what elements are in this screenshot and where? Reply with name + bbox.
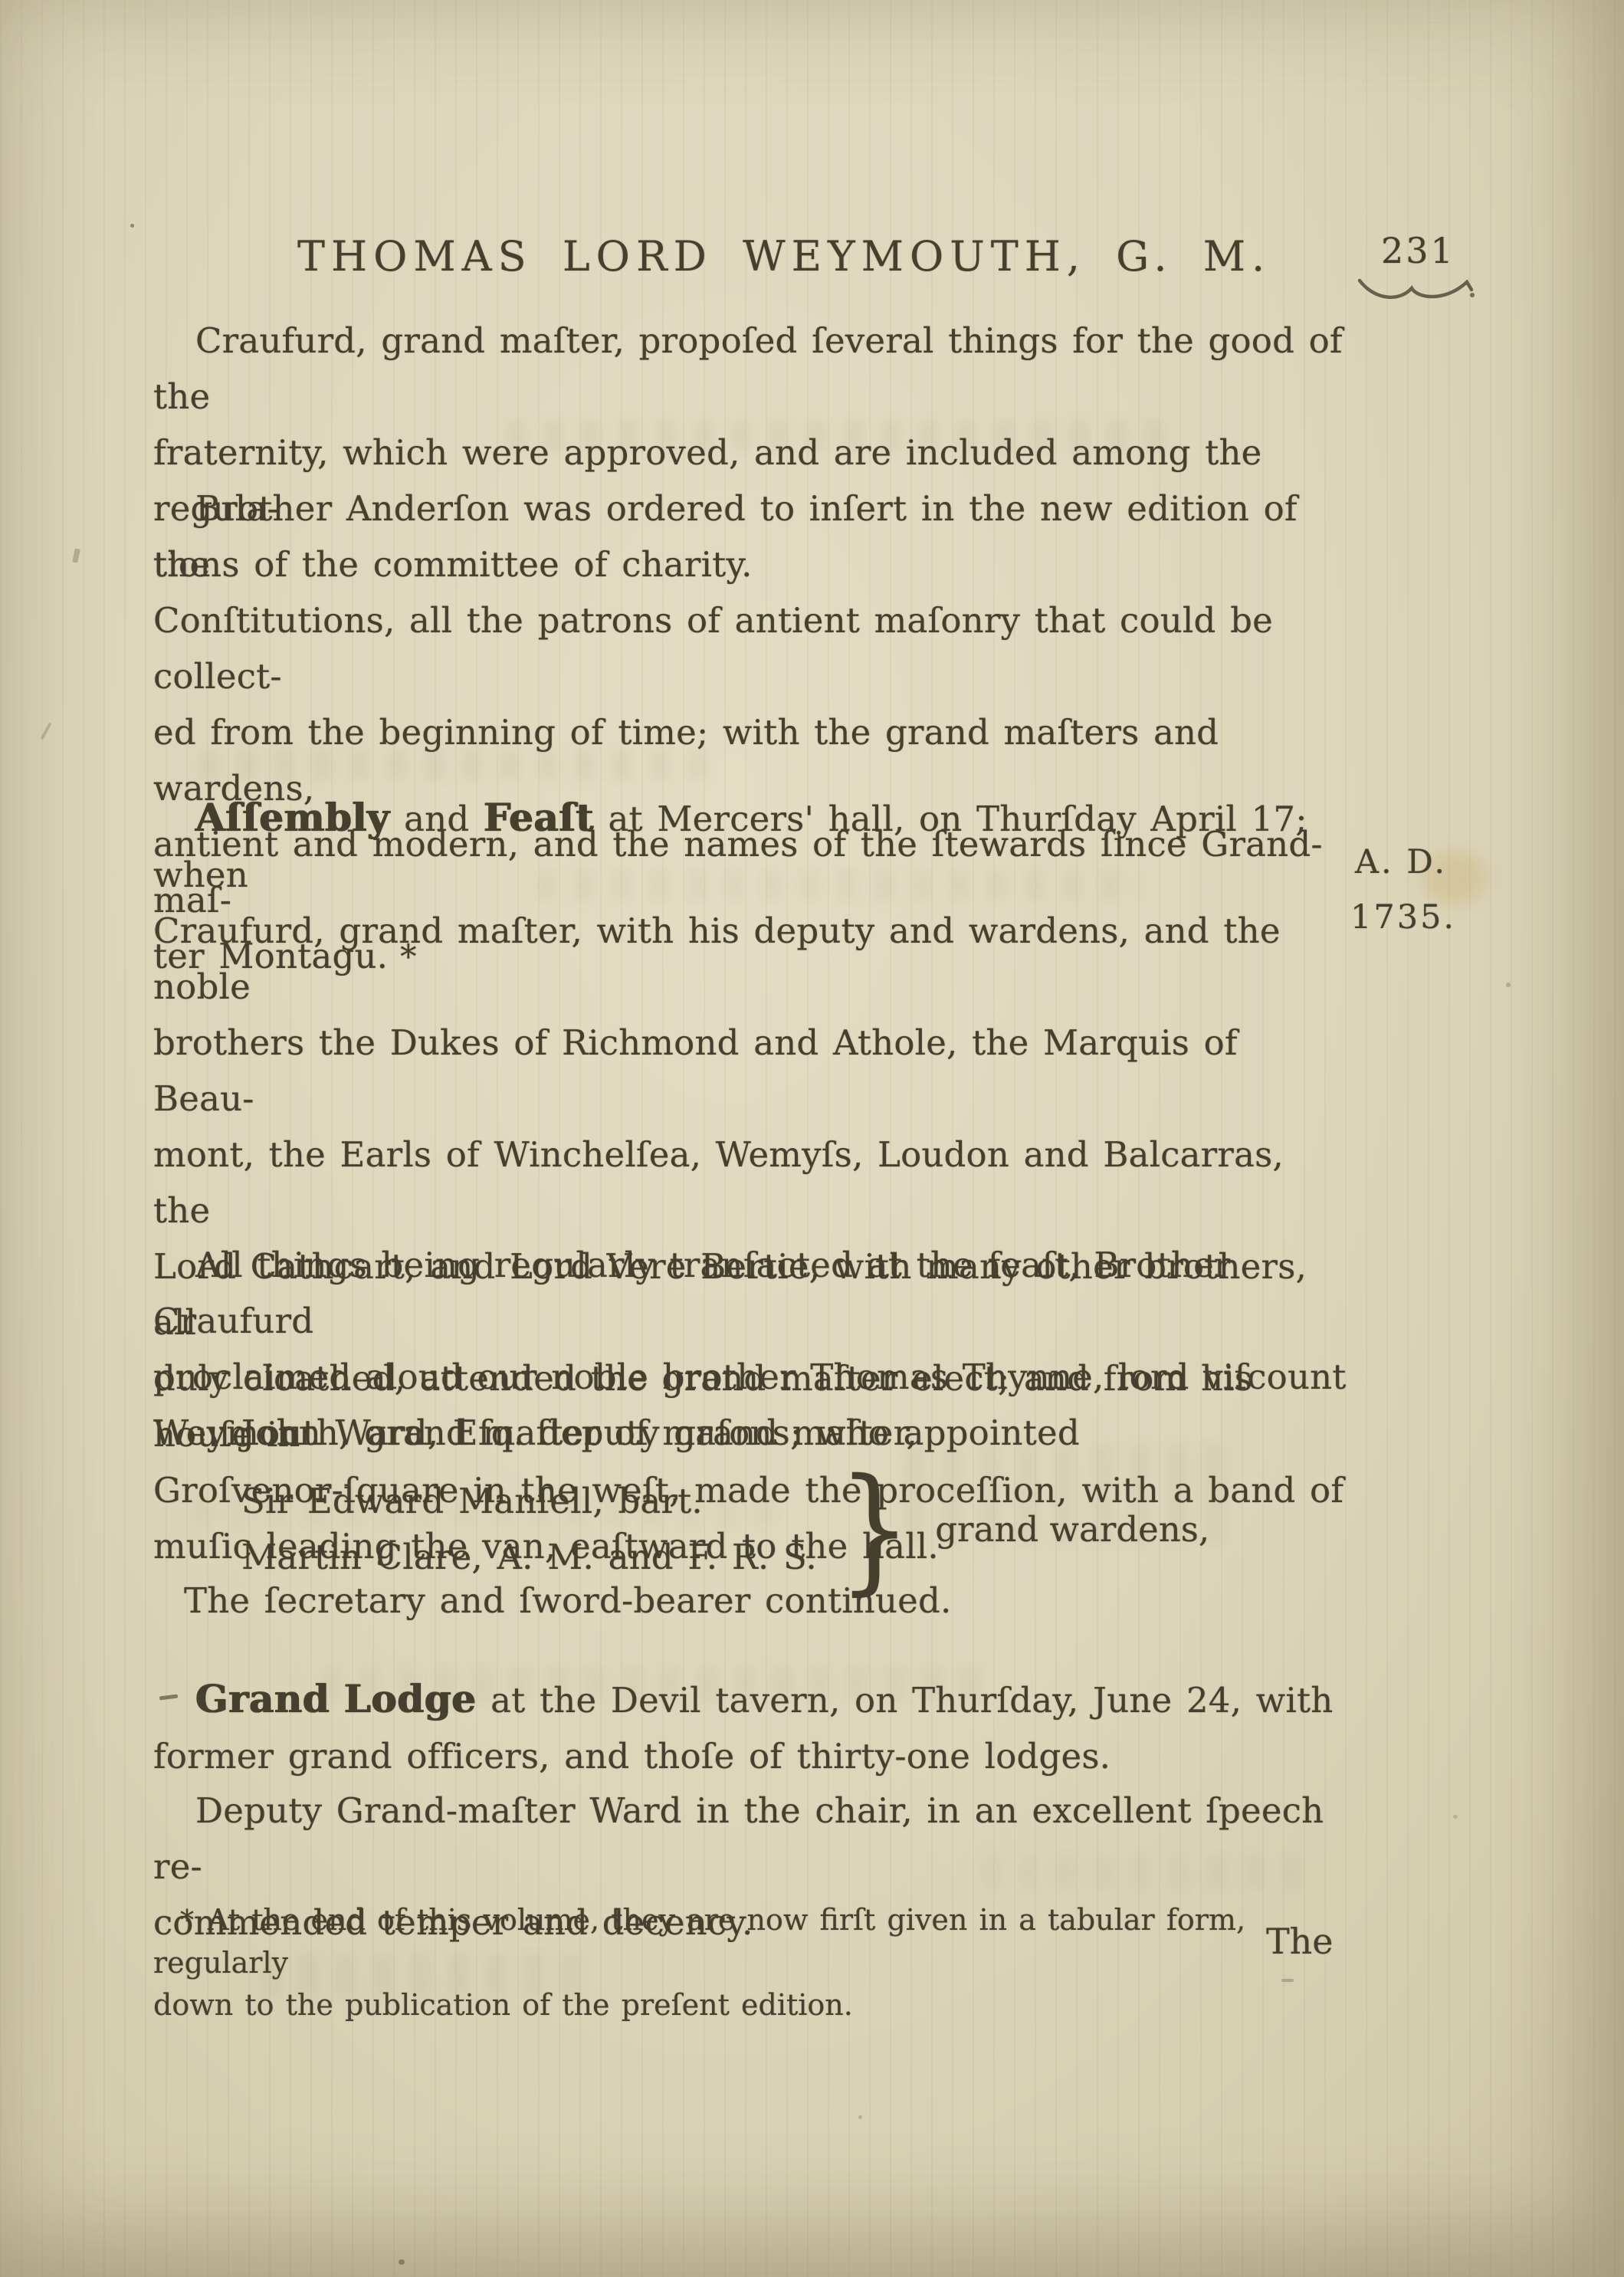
footnote: *At the end of this volume, they are now… [153, 1899, 1353, 2026]
paper-speck [1506, 983, 1511, 987]
section-grand-lodge: Grand Lodge at the Devil tavern, on Thur… [153, 1671, 1353, 1784]
warden-names: Sir Edward Manſell, bart. Martin Clare, … [241, 1473, 838, 1585]
heading-conjunction: and [404, 799, 469, 839]
section-line2: former grand officers, and thoſe of thir… [153, 1728, 1353, 1784]
blackletter-word-grand: Grand [195, 1676, 330, 1721]
page-number-flourish [1355, 270, 1478, 310]
catchword: The [1266, 1921, 1334, 1962]
paper-speck [130, 224, 134, 228]
stray-mark [72, 548, 80, 563]
paragraph-secretary-continued: The ſecretary and ſword-bearer continued… [153, 1573, 1353, 1629]
wardens-label: grand wardens, [935, 1509, 1209, 1550]
margin-note-era: A. D. [1355, 843, 1447, 881]
paper-speck [399, 2259, 405, 2265]
stray-mark [41, 722, 52, 740]
paper-speck [858, 2115, 862, 2119]
section-heading-line: Aſſembly and Feaſt at Mercers' hall, on … [153, 789, 1353, 903]
page-number: 231 [1381, 230, 1455, 271]
section-heading-line: Grand Lodge at the Devil tavern, on Thur… [153, 1671, 1353, 1728]
paragraph-text: The ſecretary and ſword-bearer continued… [184, 1580, 952, 1621]
book-page: THOMAS LORD WEYMOUTH, G. M. 231 A. D. 17… [0, 0, 1624, 2277]
footnote-marker: * [180, 1905, 194, 1937]
blackletter-word-assembly: Aſſembly [195, 795, 390, 840]
running-head-title: THOMAS LORD WEYMOUTH, G. M. [297, 232, 1271, 281]
footnote-text: At the end of this volume, they are now … [153, 1903, 1245, 2022]
blackletter-word-lodge: Lodge [344, 1676, 477, 1721]
paper-speck [1453, 1815, 1458, 1819]
blackletter-word-feast: Feaſt [484, 795, 594, 840]
heading-rest: at the Devil tavern, on Thurſday, June 2… [490, 1680, 1333, 1721]
appointment-text: John Ward, Eſq. deputy grand maſter, [241, 1412, 917, 1453]
margin-note-year: 1735. [1350, 898, 1456, 937]
